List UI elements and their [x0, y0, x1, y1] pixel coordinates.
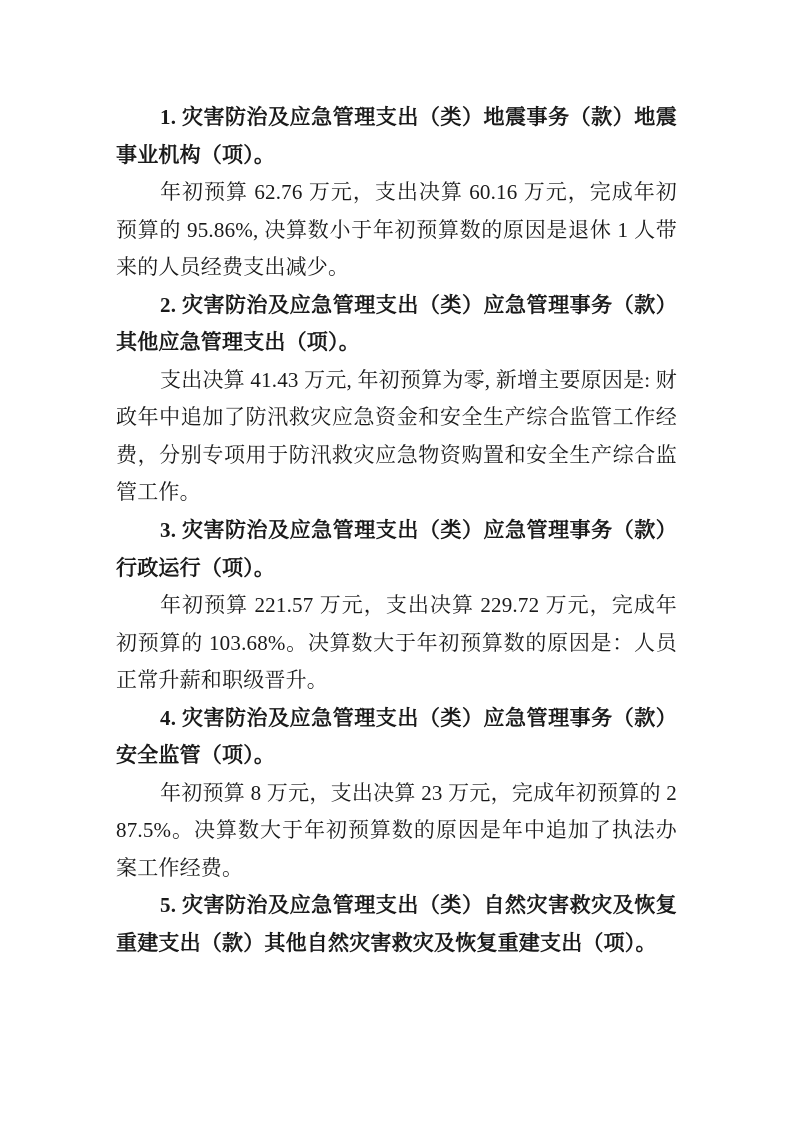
document-page: 1. 灾害防治及应急管理支出（类）地震事务（款）地震事业机构（项）。 年初预算 … [0, 0, 792, 1121]
section-paragraph: 年初预算 8 万元，支出决算 23 万元，完成年初预算的 287.5%。决算数大… [116, 775, 677, 888]
section-heading: 3. 灾害防治及应急管理支出（类）应急管理事务（款）行政运行（项）。 [116, 512, 677, 587]
section-paragraph: 年初预算 221.57 万元，支出决算 229.72 万元，完成年初预算的 10… [116, 587, 677, 700]
budget-section: 5. 灾害防治及应急管理支出（类）自然灾害救灾及恢复重建支出（款）其他自然灾害救… [116, 887, 677, 962]
document-body: 1. 灾害防治及应急管理支出（类）地震事务（款）地震事业机构（项）。 年初预算 … [116, 99, 677, 963]
section-heading: 2. 灾害防治及应急管理支出（类）应急管理事务（款）其他应急管理支出（项）。 [116, 287, 677, 362]
section-paragraph: 年初预算 62.76 万元，支出决算 60.16 万元，完成年初预算的 95.8… [116, 174, 677, 287]
budget-section: 2. 灾害防治及应急管理支出（类）应急管理事务（款）其他应急管理支出（项）。 支… [116, 287, 677, 512]
budget-section: 1. 灾害防治及应急管理支出（类）地震事务（款）地震事业机构（项）。 年初预算 … [116, 99, 677, 287]
section-heading: 1. 灾害防治及应急管理支出（类）地震事务（款）地震事业机构（项）。 [116, 99, 677, 174]
budget-section: 3. 灾害防治及应急管理支出（类）应急管理事务（款）行政运行（项）。 年初预算 … [116, 512, 677, 700]
section-heading: 5. 灾害防治及应急管理支出（类）自然灾害救灾及恢复重建支出（款）其他自然灾害救… [116, 887, 677, 962]
section-paragraph: 支出决算 41.43 万元, 年初预算为零, 新增主要原因是: 财政年中追加了防… [116, 362, 677, 512]
section-heading: 4. 灾害防治及应急管理支出（类）应急管理事务（款）安全监管（项）。 [116, 700, 677, 775]
budget-section: 4. 灾害防治及应急管理支出（类）应急管理事务（款）安全监管（项）。 年初预算 … [116, 700, 677, 888]
